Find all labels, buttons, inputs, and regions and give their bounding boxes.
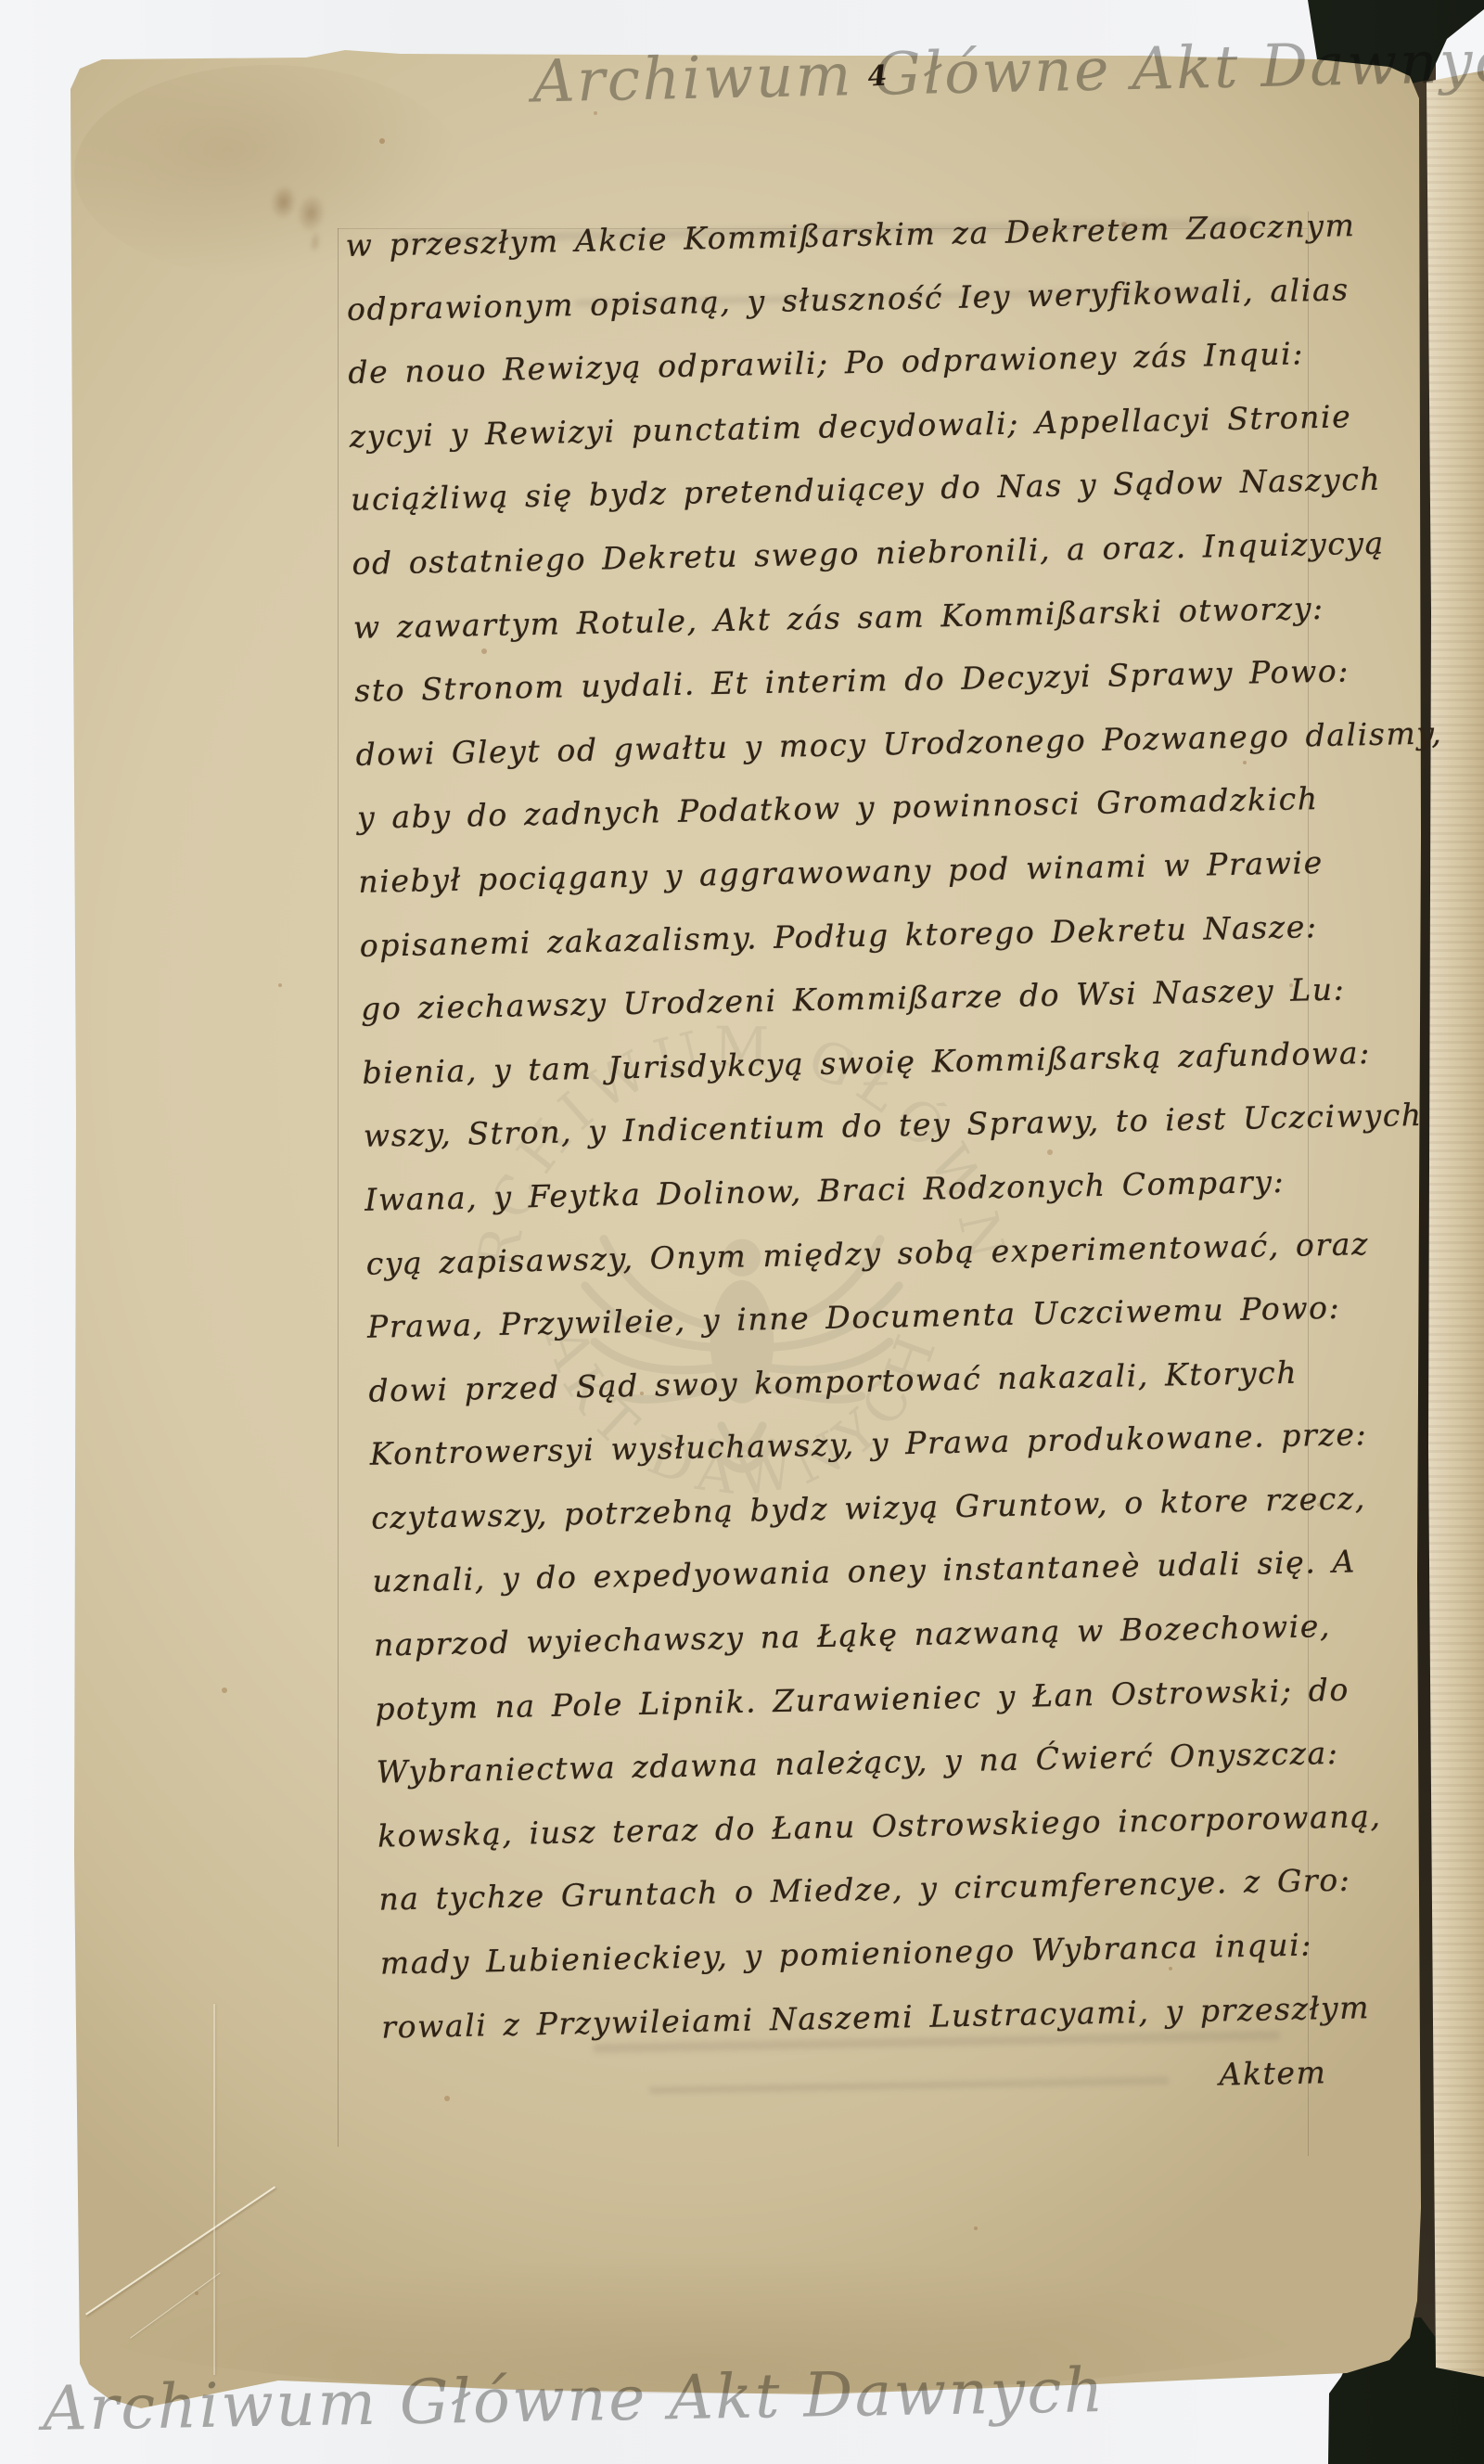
ink-blot xyxy=(257,173,346,253)
paper-crease xyxy=(213,2004,215,2375)
scanned-archive-document: { "watermark": { "text": "Archiwum Główn… xyxy=(0,0,1484,2464)
manuscript-text: w przeszłym Akcie Kommißarskim za Dekret… xyxy=(345,195,1350,2124)
manuscript-lines: w przeszłym Akcie Kommißarskim za Dekret… xyxy=(345,195,1349,2060)
margin-rule-left xyxy=(338,228,339,2147)
paper-specks xyxy=(0,0,4,4)
